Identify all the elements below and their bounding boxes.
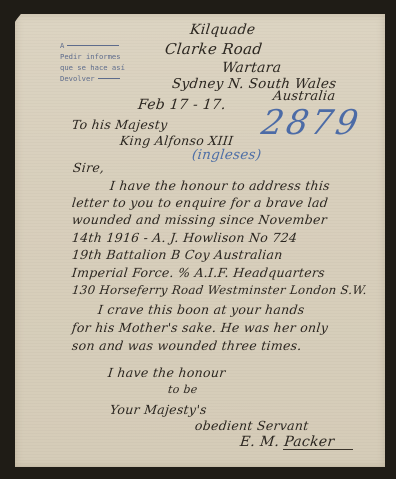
stamp-line-1: A [60, 41, 64, 50]
signature: E. M. Packer [239, 434, 335, 450]
salutation: Sire, [72, 160, 105, 175]
signature-underline [283, 449, 353, 450]
stamp-line-4: Devolver [60, 74, 95, 83]
body-line: wounded and missing since November [71, 212, 328, 227]
body-line: 130 Horseferry Road Westminster London S… [71, 283, 367, 297]
body-line: for his Mother's sake. He was her only [71, 320, 329, 335]
body-line: 14th 1916 - A. J. Howlison No 724 [71, 230, 298, 245]
stamp-line-3: que se hace así [60, 62, 142, 73]
body-line: I have the honour to address this [109, 178, 331, 193]
closing-your-majestys: Your Majesty's [109, 402, 207, 417]
address-line-5: Australia [272, 89, 336, 104]
address-line-1: Kilquade [189, 22, 256, 38]
stamp-rule [67, 45, 119, 46]
recipient-line-1: To his Majesty [71, 117, 168, 132]
letter-date: Feb 17 - 17. [137, 97, 227, 113]
reference-number: 2879 [258, 103, 364, 143]
archive-stamp: A Pedir informes que se hace así Devolve… [60, 40, 142, 90]
body-line: letter to you to enquire for a brave lad [71, 195, 329, 210]
address-line-3: Wartara [221, 60, 282, 76]
closing-to-be: to be [167, 383, 198, 396]
stamp-line-2: Pedir informes [60, 51, 142, 62]
recipient-line-2: King Alfonso XIII [119, 133, 234, 148]
stamp-rule [98, 78, 120, 79]
body-line: I crave this boon at your hands [97, 302, 305, 317]
body-line: I have the honour [107, 365, 226, 380]
body-line: 19th Battalion B Coy Australian [71, 247, 283, 262]
body-line: Imperial Force. % A.I.F. Headquarters [71, 265, 326, 280]
address-line-2: Clarke Road [164, 40, 263, 58]
body-line: son and was wounded three times. [71, 338, 302, 353]
closing-obedient-servant: obedient Servant [194, 418, 309, 433]
annotation-ingleses: (ingleses) [191, 147, 262, 163]
